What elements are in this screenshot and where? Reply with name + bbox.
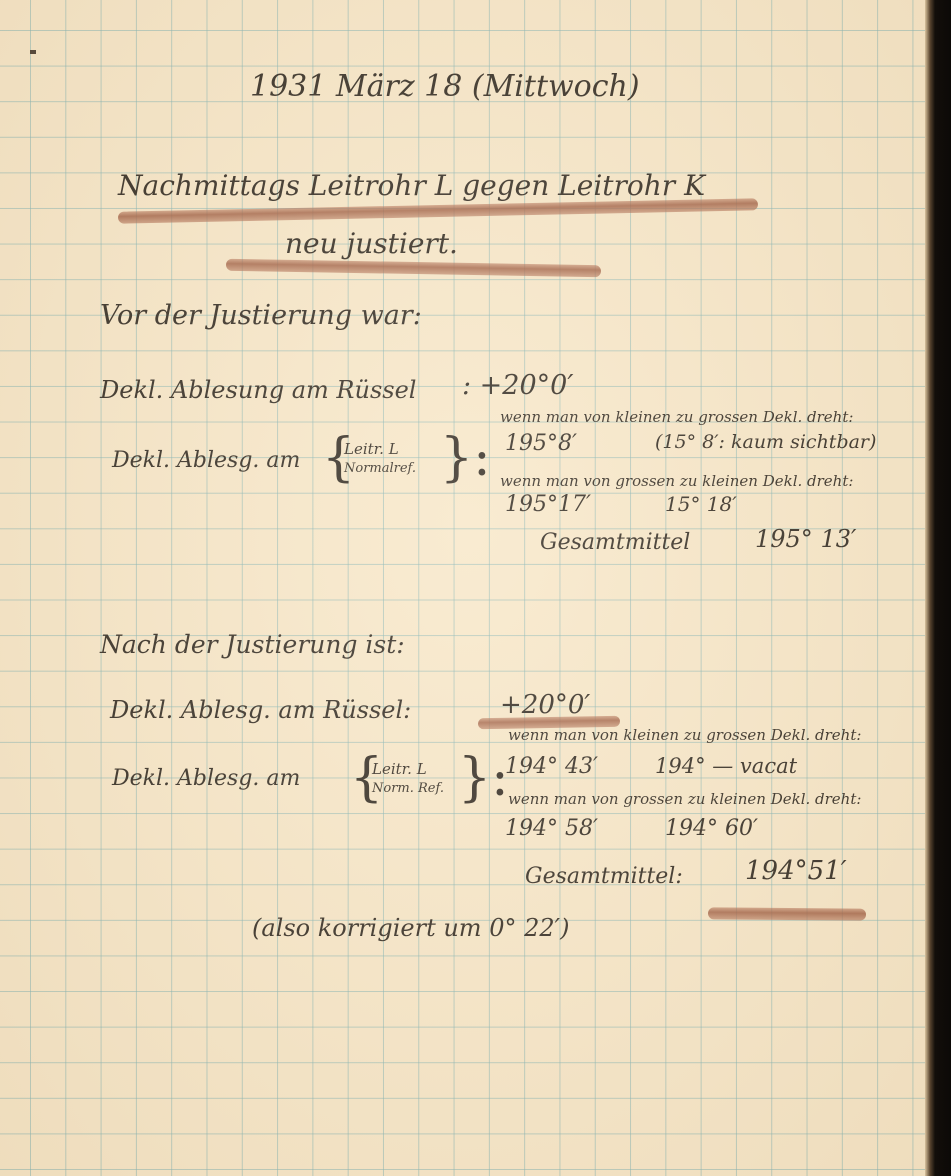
after-mean-value: 194°51′: [745, 858, 847, 884]
notebook-page: 1931 März 18 (Mittwoch) Nachmittags Leit…: [0, 0, 935, 1176]
before-brace-close: }:: [440, 432, 491, 484]
before-note-large-to-small: wenn man von grossen zu kleinen Dekl. dr…: [500, 474, 853, 489]
before-aside-small-to-large: (15° 8′: kaum sichtbar): [655, 433, 876, 452]
before-aside-large-to-small: 15° 18′: [665, 494, 737, 514]
before-ruessel-value: : +20°0′: [462, 372, 573, 399]
ink-fleck: [30, 50, 36, 54]
before-mean-label: Gesamtmittel: [540, 532, 690, 554]
after-aside-small-to-large: 194° — vacat: [655, 756, 797, 777]
after-value-small-to-large: 194° 43′: [505, 756, 598, 778]
notebook-binding-edge: [925, 0, 951, 1176]
before-target-normalref: Normalref.: [344, 459, 416, 478]
after-ruessel-label: Dekl. Ablesg. am Rüssel:: [110, 698, 411, 722]
after-mean-underline: [708, 907, 866, 920]
correction-note: (also korrigiert um 0° 22′): [252, 916, 569, 940]
after-note-large-to-small: wenn man von grossen zu kleinen Dekl. dr…: [508, 792, 861, 807]
before-target-leitrohr: Leitr. L: [344, 440, 416, 459]
before-value-small-to-large: 195°8′: [505, 433, 577, 455]
title-line-2: neu justiert.: [285, 230, 458, 258]
title-underline-1: [118, 198, 758, 223]
after-ruessel-value: +20°0′: [500, 692, 590, 718]
before-ruessel-label: Dekl. Ablesung am Rüssel: [100, 378, 416, 402]
after-note-small-to-large: wenn man von kleinen zu grossen Dekl. dr…: [508, 728, 861, 743]
after-value-large-to-small: 194° 58′: [505, 818, 598, 840]
before-reading-label: Dekl. Ablesg. am: [112, 450, 300, 472]
title-underline-2: [226, 259, 601, 278]
after-reading-label: Dekl. Ablesg. am: [112, 768, 300, 790]
after-target-leitrohr: Leitr. L: [372, 760, 444, 779]
before-mean-value: 195° 13′: [755, 527, 856, 551]
after-aside-large-to-small: 194° 60′: [665, 818, 758, 840]
after-heading: Nach der Justierung ist:: [100, 632, 405, 657]
before-heading: Vor der Justierung war:: [100, 302, 422, 329]
after-targets: Leitr. L Norm. Ref.: [372, 760, 444, 798]
before-note-small-to-large: wenn man von kleinen zu grossen Dekl. dr…: [500, 410, 853, 425]
before-targets: Leitr. L Normalref.: [344, 440, 416, 478]
date-heading: 1931 März 18 (Mittwoch): [250, 72, 640, 102]
after-mean-label: Gesamtmittel:: [525, 866, 683, 888]
before-value-large-to-small: 195°17′: [505, 494, 591, 516]
title-line-1: Nachmittags Leitrohr L gegen Leitrohr K: [118, 172, 705, 200]
after-brace-close: }:: [458, 752, 509, 804]
after-target-normref: Norm. Ref.: [372, 779, 444, 798]
